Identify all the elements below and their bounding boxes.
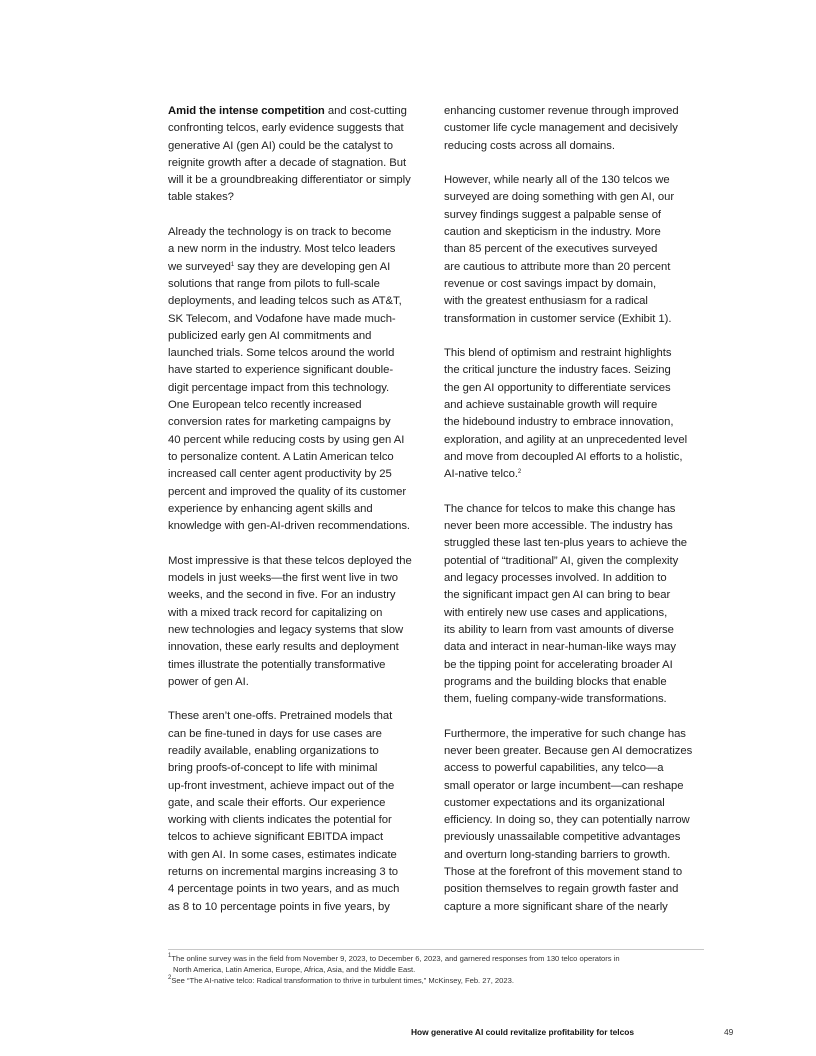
paragraph-opportunity: The chance for telcos to make this chang… — [444, 501, 710, 709]
running-footer-title: How generative AI could revitalize profi… — [411, 1027, 634, 1037]
paragraph-intro: Amid the intense competition and cost-cu… — [168, 103, 434, 207]
paragraph-skepticism: However, while nearly all of the 130 tel… — [444, 172, 710, 328]
lead-in-bold: Amid the intense competition — [168, 105, 325, 117]
paragraph-deployment: Most impressive is that these telcos dep… — [168, 553, 434, 691]
footnotes: 1The online survey was in the field from… — [168, 953, 708, 986]
left-column: Amid the intense competition and cost-cu… — [168, 103, 434, 933]
page-number: 49 — [724, 1027, 733, 1037]
footnote-divider — [168, 949, 704, 950]
paragraph-adoption: Already the technology is on track to be… — [168, 224, 434, 535]
paragraph-one-offs: These aren’t one-offs. Pretrained models… — [168, 708, 434, 916]
footnote-ref-2[interactable]: 2 — [518, 469, 521, 475]
right-column: enhancing customer revenue through impro… — [444, 103, 710, 933]
footnote-1: 1The online survey was in the field from… — [168, 953, 708, 975]
paragraph-imperative: Furthermore, the imperative for such cha… — [444, 726, 710, 916]
footnote-2: 2See “The AI-native telco: Radical trans… — [168, 975, 708, 986]
paragraph-juncture: This blend of optimism and restraint hig… — [444, 345, 710, 483]
paragraph-continuation: enhancing customer revenue through impro… — [444, 103, 710, 155]
